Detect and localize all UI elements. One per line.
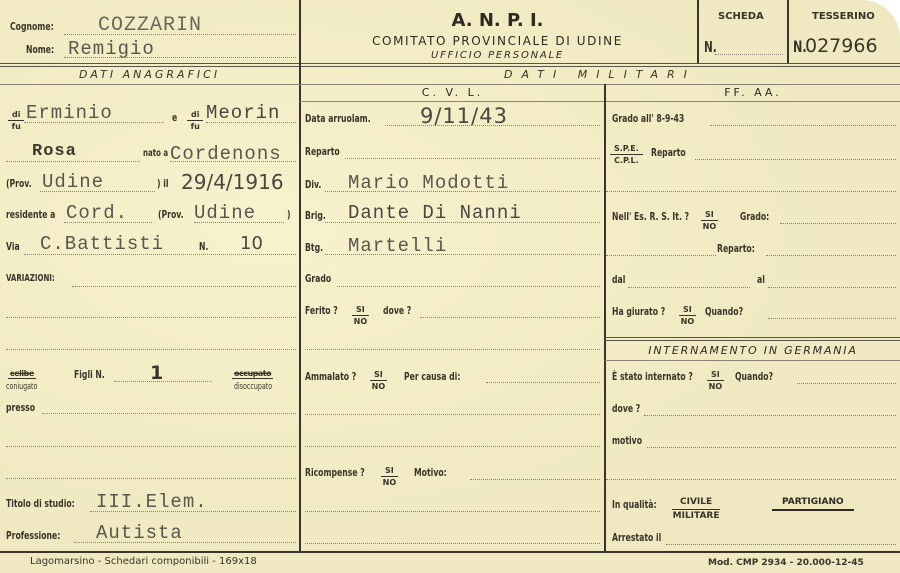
grado-all-line <box>710 125 896 126</box>
variazioni-line-1 <box>72 286 296 287</box>
titolo-value: III.Elem. <box>96 491 208 513</box>
tesserino-divider <box>787 0 789 63</box>
figli-label: Figli N. <box>74 368 105 381</box>
nome-line <box>64 57 296 58</box>
residente-label: residente a <box>6 208 55 221</box>
cvl-ffaa-divider <box>604 84 606 553</box>
ricompense-si-no: SINO <box>381 466 398 487</box>
cvl-blank-line-3 <box>305 446 600 447</box>
per-causa-label: Per causa di: <box>404 370 460 383</box>
cvl-blank-line-5 <box>305 543 600 544</box>
nato-line <box>170 161 296 162</box>
arrestato-line <box>666 544 896 545</box>
professione-line <box>74 542 296 543</box>
subsection-underline <box>300 101 900 102</box>
cvl-reparto-label: Reparto <box>305 145 340 158</box>
madre-first-value: Rosa <box>32 142 77 161</box>
internamento-dove-label: dove ? <box>612 402 640 415</box>
presso-label: presso <box>6 401 35 414</box>
motivo-label: Motivo: <box>414 466 447 479</box>
prov2-value: Udine <box>194 202 256 224</box>
professione-label: Professione: <box>6 529 60 542</box>
birth-date: 29/4/1916 <box>181 170 284 194</box>
dati-militari-title: DATI MILITARI <box>300 68 900 81</box>
rsi-reparto-label: Reparto: <box>717 242 755 255</box>
giurato-quando-label: Quando? <box>705 305 743 318</box>
presso-line <box>42 413 296 414</box>
titolo-line <box>90 511 296 512</box>
brig-value: Dante Di Nanni <box>348 202 522 224</box>
scheda-label: SCHEDA <box>718 11 764 22</box>
grado-all-label: Grado all' 8-9-43 <box>612 112 684 125</box>
qualita-label: In qualità: <box>612 498 657 511</box>
madre-value: Meorin <box>206 102 280 124</box>
rsi-si-no: SINO <box>701 210 718 231</box>
cvl-title: C. V. L. <box>300 86 605 99</box>
internamento-title: INTERNAMENTO IN GERMANIA <box>606 344 900 357</box>
padre-di-fu: difu <box>8 110 24 131</box>
motivo-line <box>470 479 600 480</box>
internamento-motivo-line <box>647 447 896 448</box>
e-label: e <box>172 111 177 124</box>
al-line <box>768 287 896 288</box>
giurato-si-no: SINO <box>679 305 696 326</box>
spe-cpl: S.P.E.C.P.L. <box>610 144 643 165</box>
brig-line <box>325 222 600 223</box>
padre-value: Erminio <box>26 102 113 124</box>
internamento-motivo-label: motivo <box>612 434 642 447</box>
civico-value: 10 <box>240 233 263 254</box>
residente-value: Cord. <box>66 202 128 224</box>
scheda-divider <box>697 0 699 63</box>
data-arruolam-line <box>385 125 600 126</box>
rsi-label: Nell' Es. R. S. It. ? <box>612 210 689 223</box>
prov1-value: Udine <box>42 171 104 193</box>
per-causa-line <box>486 382 600 383</box>
rsi-reparto-pre-line <box>606 255 716 256</box>
variazioni-line-3 <box>6 349 296 350</box>
data-arruolam-label: Data arruolam. <box>305 112 371 125</box>
cvl-blank-line-4 <box>305 511 600 512</box>
madre-first-line <box>6 161 140 162</box>
ammalato-label: Ammalato ? <box>305 370 356 383</box>
blank-line <box>6 478 296 479</box>
org-title: A. N. P. I. <box>300 10 695 31</box>
al-label: al <box>757 273 765 286</box>
giurato-quando-line <box>768 318 896 319</box>
internamento-title-underline <box>605 360 900 361</box>
internato-quando-label: Quando? <box>735 370 773 383</box>
div-line <box>325 191 600 192</box>
cvl-blank-line-2 <box>305 414 600 415</box>
anpi-personnel-card: Cognome: COZZARIN Nome: Remigio A. N. P.… <box>0 0 900 573</box>
coniugato-label: coniugato <box>6 382 37 392</box>
cognome-label: Cognome: <box>10 20 54 33</box>
internato-label: È stato internato ? <box>612 370 693 383</box>
stato-civile-struck: celibe <box>8 369 36 379</box>
partigiano-label: PARTIGIANO <box>772 497 854 511</box>
rsi-reparto-line <box>766 255 896 256</box>
tesserino-value: 027966 <box>805 35 878 57</box>
tesserino-label: TESSERINO <box>812 11 875 22</box>
madre-line <box>206 122 296 123</box>
disoccupato-label: disoccupato <box>234 382 272 392</box>
printer-footer: Lagomarsino - Schedari componibili - 169… <box>30 556 257 567</box>
dal-label: dal <box>612 273 625 286</box>
btg-line <box>325 254 600 255</box>
internamento-top-line <box>605 337 900 338</box>
prov2-label: (Prov. <box>158 208 184 221</box>
internamento-top-line-2 <box>605 340 900 341</box>
scheda-line <box>715 54 783 55</box>
prov2-close: ) <box>287 208 291 221</box>
ferito-dove-label: dove ? <box>383 304 411 317</box>
via-label: Via <box>6 240 20 253</box>
div-label: Div. <box>305 178 321 191</box>
padre-line <box>24 122 164 123</box>
main-vertical-divider <box>299 0 301 553</box>
header-divider-bottom <box>0 66 900 67</box>
prov1-label: (Prov. <box>6 177 32 190</box>
ffaa-reparto-label: Reparto <box>651 146 686 159</box>
model-footer: Mod. CMP 2934 - 20.000-12-45 <box>708 558 864 568</box>
ffaa-blank-line <box>606 191 896 192</box>
cvl-blank-line-1 <box>305 349 600 350</box>
nato-label: nato a <box>143 148 168 159</box>
residente-line <box>64 222 152 223</box>
org-office: UFFICIO PERSONALE <box>300 50 695 61</box>
btg-label: Btg. <box>305 241 323 254</box>
prov2-line <box>194 222 284 223</box>
professione-value: Autista <box>96 522 183 544</box>
variazioni-label: VARIAZIONI: <box>6 273 55 284</box>
titolo-label: Titolo di studio: <box>6 497 75 510</box>
occupato-struck: occupato <box>232 369 273 379</box>
via-line <box>24 254 296 255</box>
civico-label: N. <box>199 240 208 253</box>
nome-label: Nome: <box>26 43 54 56</box>
rsi-grado-label: Grado: <box>740 210 769 223</box>
giurato-label: Ha giurato ? <box>612 305 665 318</box>
dati-anagrafici-title: DATI ANAGRAFICI <box>0 68 299 81</box>
rsi-grado-line <box>780 223 896 224</box>
bottom-border <box>0 551 900 553</box>
variazioni-line-2 <box>6 317 296 318</box>
via-value: C.Battisti <box>40 233 164 255</box>
il-label: ) il <box>157 177 169 190</box>
cvl-grado-label: Grado <box>305 272 331 285</box>
madre-di-fu: difu <box>187 110 203 131</box>
brig-label: Brig. <box>305 209 326 222</box>
ffaa-title: FF. AA. <box>606 86 900 99</box>
cognome-line <box>64 34 296 35</box>
civile-militare: CIVILEMILITARE <box>672 497 720 522</box>
ferito-si-no: SINO <box>352 305 369 326</box>
internamento-dove-line <box>644 415 896 416</box>
internato-quando-line <box>797 383 896 384</box>
cvl-grado-line <box>337 286 600 287</box>
header-divider-top <box>0 63 900 64</box>
dal-line <box>628 287 750 288</box>
section-title-underline <box>0 84 900 85</box>
arrestato-label: Arrestato il <box>612 531 661 544</box>
cvl-reparto-line <box>345 158 600 159</box>
internato-si-no: SINO <box>707 370 724 391</box>
ferito-label: Ferito ? <box>305 304 338 317</box>
prov1-line <box>40 191 155 192</box>
presso-line-2 <box>6 446 296 447</box>
org-subtitle: COMITATO PROVINCIALE DI UDINE <box>300 34 695 48</box>
ricompense-label: Ricompense ? <box>305 466 365 479</box>
figli-line <box>114 381 212 382</box>
ffaa-reparto-line <box>695 159 896 160</box>
internamento-blank-line <box>606 479 896 480</box>
ferito-dove-line <box>420 317 600 318</box>
ammalato-si-no: SINO <box>370 370 387 391</box>
